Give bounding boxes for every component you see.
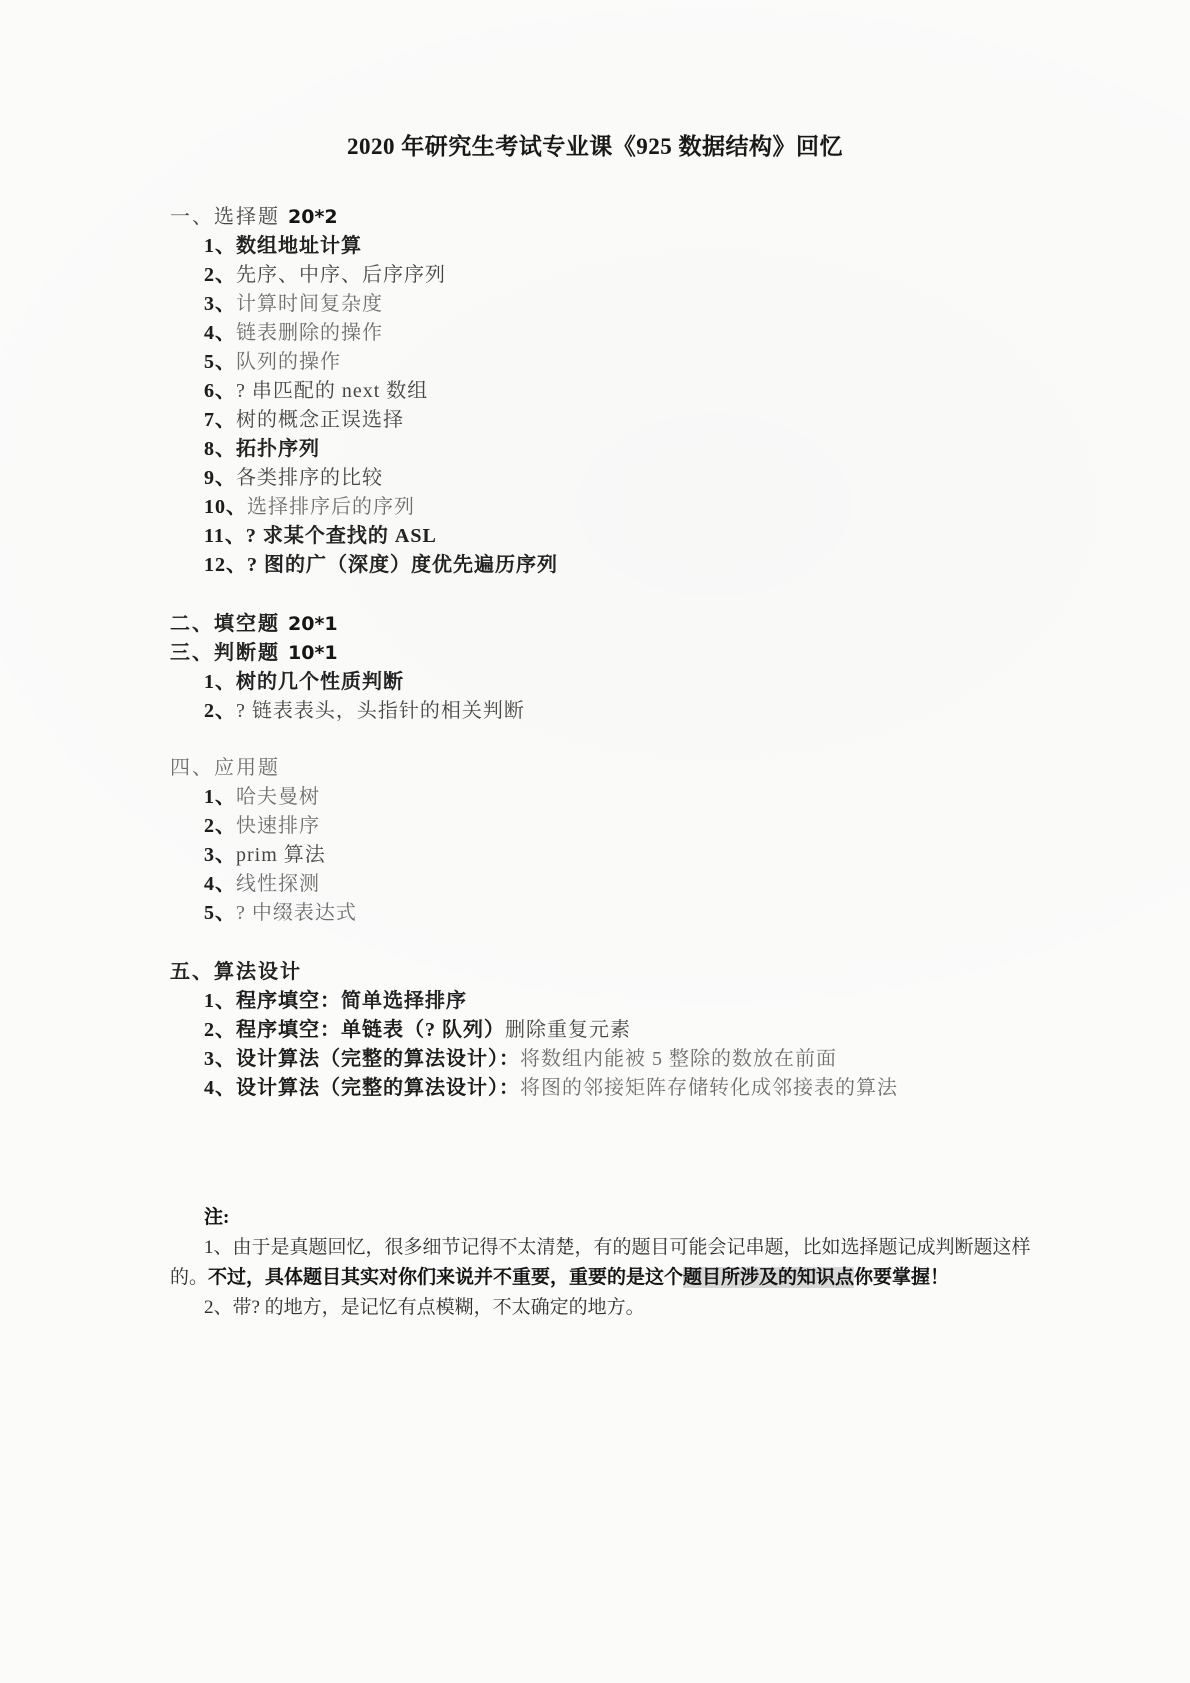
section-true-false: 三、判断题10*1 1、树的几个性质判断 2、? 链表表头，头指针的相关判断 [170,639,1110,726]
list-item: 9、各类排序的比较 [204,464,1110,493]
list-item: 4、设计算法（完整的算法设计）：将图的邻接矩阵存储转化成邻接表的算法 [204,1074,1110,1103]
item-number: 1、 [204,671,236,693]
section-label: 二、填空题 [170,613,280,635]
list-item: 4、线性探测 [204,870,1110,899]
item-text: 将数组内能被 5 整除的数放在前面 [520,1048,837,1070]
item-text: ? 求某个查找的 ASL [246,525,437,547]
note-highlighted-phrase: 题目所涉及的知识点 [683,1267,854,1288]
item-number: 3、 [204,844,236,866]
section-application: 四、应用题 1、哈夫曼树 2、快速排序 3、prim 算法 4、线性探测 5、?… [170,754,1110,928]
item-text: 拓扑序列 [236,438,320,460]
page-title: 2020 年研究生考试专业课《925 数据结构》回忆 [0,0,1190,161]
section-label: 五、算法设计 [170,961,302,983]
item-number: 5、 [204,351,236,373]
list-item: 3、计算时间复杂度 [204,290,1110,319]
note-line-1: 1、由于是真题回忆，很多细节记得不太清楚，有的题目可能会记串题，比如选择题记成判… [204,1233,1130,1263]
section-fill-blank: 二、填空题20*1 [170,610,1110,639]
exam-outline: 一、选择题20*2 1、数组地址计算 2、先序、中序、后序序列 3、计算时间复杂… [170,203,1110,1103]
list-item: 6、? 串匹配的 next 数组 [204,377,1110,406]
item-text: 数组地址计算 [236,235,362,257]
list-item: 10、选择排序后的序列 [204,493,1110,522]
list-item: 8、拓扑序列 [204,435,1110,464]
item-text: 简单选择排序 [341,990,467,1012]
list-item: 1、程序填空：简单选择排序 [204,987,1110,1016]
item-text: 哈夫曼树 [236,786,320,808]
item-number: 10、 [204,496,247,518]
item-number: 7、 [204,409,236,431]
item-text: 线性探测 [236,873,320,895]
item-number: 6、 [204,380,236,402]
item-number: 2、程序填空：单链表（? 队列） [204,1019,505,1041]
section-heading: 一、选择题20*2 [170,203,1110,232]
section-heading: 五、算法设计 [170,958,1110,987]
note-line-2-emphasis-end: 你要掌握！ [854,1267,949,1288]
section-algorithm-design: 五、算法设计 1、程序填空：简单选择排序 2、程序填空：单链表（? 队列）删除重… [170,958,1110,1103]
list-item: 5、? 中缀表达式 [204,899,1110,928]
item-text: 链表删除的操作 [236,322,383,344]
section-items: 1、哈夫曼树 2、快速排序 3、prim 算法 4、线性探测 5、? 中缀表达式 [170,783,1110,928]
item-text: 树的几个性质判断 [236,671,404,693]
item-text: prim 算法 [236,844,326,866]
section-items: 1、程序填空：简单选择排序 2、程序填空：单链表（? 队列）删除重复元素 3、设… [170,987,1110,1103]
notes-block: 注: 1、由于是真题回忆，很多细节记得不太清楚，有的题目可能会记串题，比如选择题… [170,1203,1130,1323]
list-item: 12、? 图的广（深度）度优先遍历序列 [204,551,1110,580]
section-heading: 三、判断题10*1 [170,639,1110,668]
item-number: 4、设计算法（完整的算法设计）： [204,1077,520,1099]
section-label: 四、应用题 [170,757,280,779]
note-line-2-prefix: 的。 [170,1267,208,1288]
item-number: 3、设计算法（完整的算法设计）： [204,1048,520,1070]
section-heading: 四、应用题 [170,754,1110,783]
item-number: 2、 [204,815,236,837]
item-text: 将图的邻接矩阵存储转化成邻接表的算法 [520,1077,898,1099]
item-text: ? 链表表头，头指针的相关判断 [236,700,525,722]
item-text: 树的概念正误选择 [236,409,404,431]
item-number: 11、 [204,525,246,547]
section-heading: 二、填空题20*1 [170,610,1110,639]
item-text: 选择排序后的序列 [247,496,415,518]
item-number: 1、程序填空： [204,990,341,1012]
list-item: 3、设计算法（完整的算法设计）：将数组内能被 5 整除的数放在前面 [204,1045,1110,1074]
item-text: 先序、中序、后序序列 [236,264,446,286]
section-label: 一、选择题 [170,206,280,228]
list-item: 2、程序填空：单链表（? 队列）删除重复元素 [204,1016,1110,1045]
list-item: 1、树的几个性质判断 [204,668,1110,697]
item-text: 删除重复元素 [505,1019,631,1041]
document-page: 2020 年研究生考试专业课《925 数据结构》回忆 一、选择题20*2 1、数… [0,0,1190,1683]
list-item: 3、prim 算法 [204,841,1110,870]
item-number: 4、 [204,322,236,344]
item-text: 各类排序的比较 [236,467,383,489]
item-number: 12、 [204,554,247,576]
list-item: 1、数组地址计算 [204,232,1110,261]
section-label: 三、判断题 [170,642,280,664]
item-number: 1、 [204,235,236,257]
list-item: 5、队列的操作 [204,348,1110,377]
item-number: 5、 [204,902,236,924]
section-score: 10*1 [288,642,338,664]
list-item: 11、? 求某个查找的 ASL [204,522,1110,551]
note-line-3: 2、带? 的地方，是记忆有点模糊，不太确定的地方。 [204,1293,1130,1323]
list-item: 4、链表删除的操作 [204,319,1110,348]
item-number: 1、 [204,786,236,808]
section-items: 1、树的几个性质判断 2、? 链表表头，头指针的相关判断 [170,668,1110,726]
item-number: 3、 [204,293,236,315]
item-text: ? 串匹配的 next 数组 [236,380,428,402]
item-text: 计算时间复杂度 [236,293,383,315]
list-item: 7、树的概念正误选择 [204,406,1110,435]
item-number: 8、 [204,438,236,460]
item-number: 9、 [204,467,236,489]
note-line-2-emphasis: 不过，具体题目其实对你们来说并不重要，重要的是这个 [208,1267,683,1288]
section-multiple-choice: 一、选择题20*2 1、数组地址计算 2、先序、中序、后序序列 3、计算时间复杂… [170,203,1110,580]
section-items: 1、数组地址计算 2、先序、中序、后序序列 3、计算时间复杂度 4、链表删除的操… [170,232,1110,580]
item-text: ? 图的广（深度）度优先遍历序列 [247,554,558,576]
section-score: 20*2 [288,206,338,228]
item-text: ? 中缀表达式 [236,902,357,924]
item-text: 快速排序 [236,815,320,837]
list-item: 1、哈夫曼树 [204,783,1110,812]
list-item: 2、? 链表表头，头指针的相关判断 [204,697,1110,726]
list-item: 2、先序、中序、后序序列 [204,261,1110,290]
notes-label: 注: [204,1203,1130,1233]
item-number: 2、 [204,700,236,722]
list-item: 2、快速排序 [204,812,1110,841]
note-line-2: 的。不过，具体题目其实对你们来说并不重要，重要的是这个题目所涉及的知识点你要掌握… [170,1263,1130,1293]
section-score: 20*1 [288,613,338,635]
item-number: 4、 [204,873,236,895]
item-text: 队列的操作 [236,351,341,373]
item-number: 2、 [204,264,236,286]
